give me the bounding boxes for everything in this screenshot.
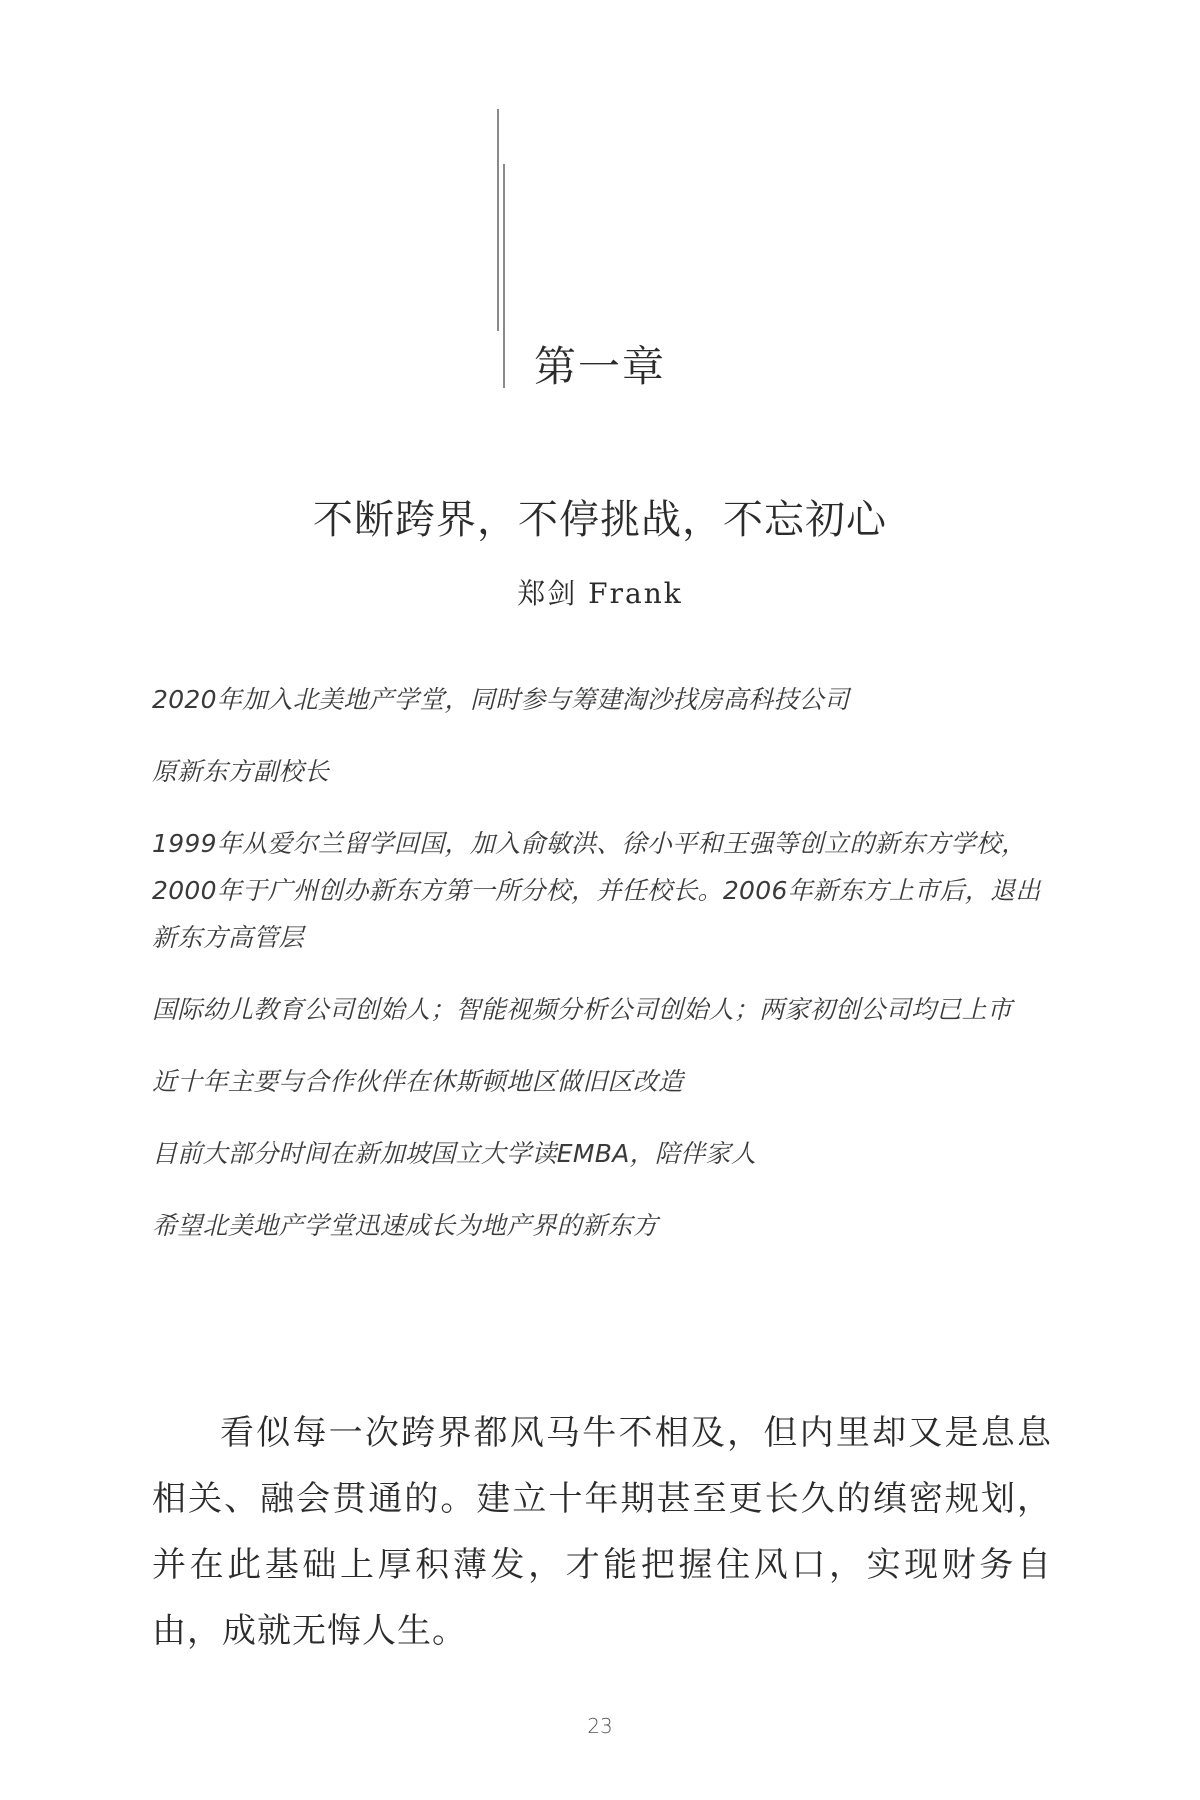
bio-item: 2020年加入北美地产学堂，同时参与筹建淘沙找房高科技公司 xyxy=(152,676,1052,723)
body-paragraph: 看似每一次跨界都风马牛不相及，但内里却又是息息相关、融会贯通的。建立十年期甚至更… xyxy=(152,1400,1052,1664)
bio-item: 原新东方副校长 xyxy=(152,748,1052,795)
bio-item: 希望北美地产学堂迅速成长为地产界的新东方 xyxy=(152,1202,1052,1249)
chapter-label: 第一章 xyxy=(534,340,666,394)
bio-item: 国际幼儿教育公司创始人；智能视频分析公司创始人；两家初创公司均已上市 xyxy=(152,986,1052,1033)
decorative-vertical-line-left xyxy=(497,109,499,331)
bio-item: 1999年从爱尔兰留学回国，加入俞敏洪、徐小平和王强等创立的新东方学校，2000… xyxy=(152,820,1052,961)
bio-item: 近十年主要与合作伙伴在休斯顿地区做旧区改造 xyxy=(152,1058,1052,1105)
page-number: 23 xyxy=(0,1712,1200,1740)
bio-item: 目前大部分时间在新加坡国立大学读EMBA，陪伴家人 xyxy=(152,1130,1052,1177)
author-name: 郑剑 Frank xyxy=(0,574,1200,614)
decorative-vertical-line-right xyxy=(503,164,505,388)
author-bio-list: 2020年加入北美地产学堂，同时参与筹建淘沙找房高科技公司 原新东方副校长 19… xyxy=(152,676,1052,1274)
chapter-title: 不断跨界，不停挑战，不忘初心 xyxy=(0,494,1200,546)
